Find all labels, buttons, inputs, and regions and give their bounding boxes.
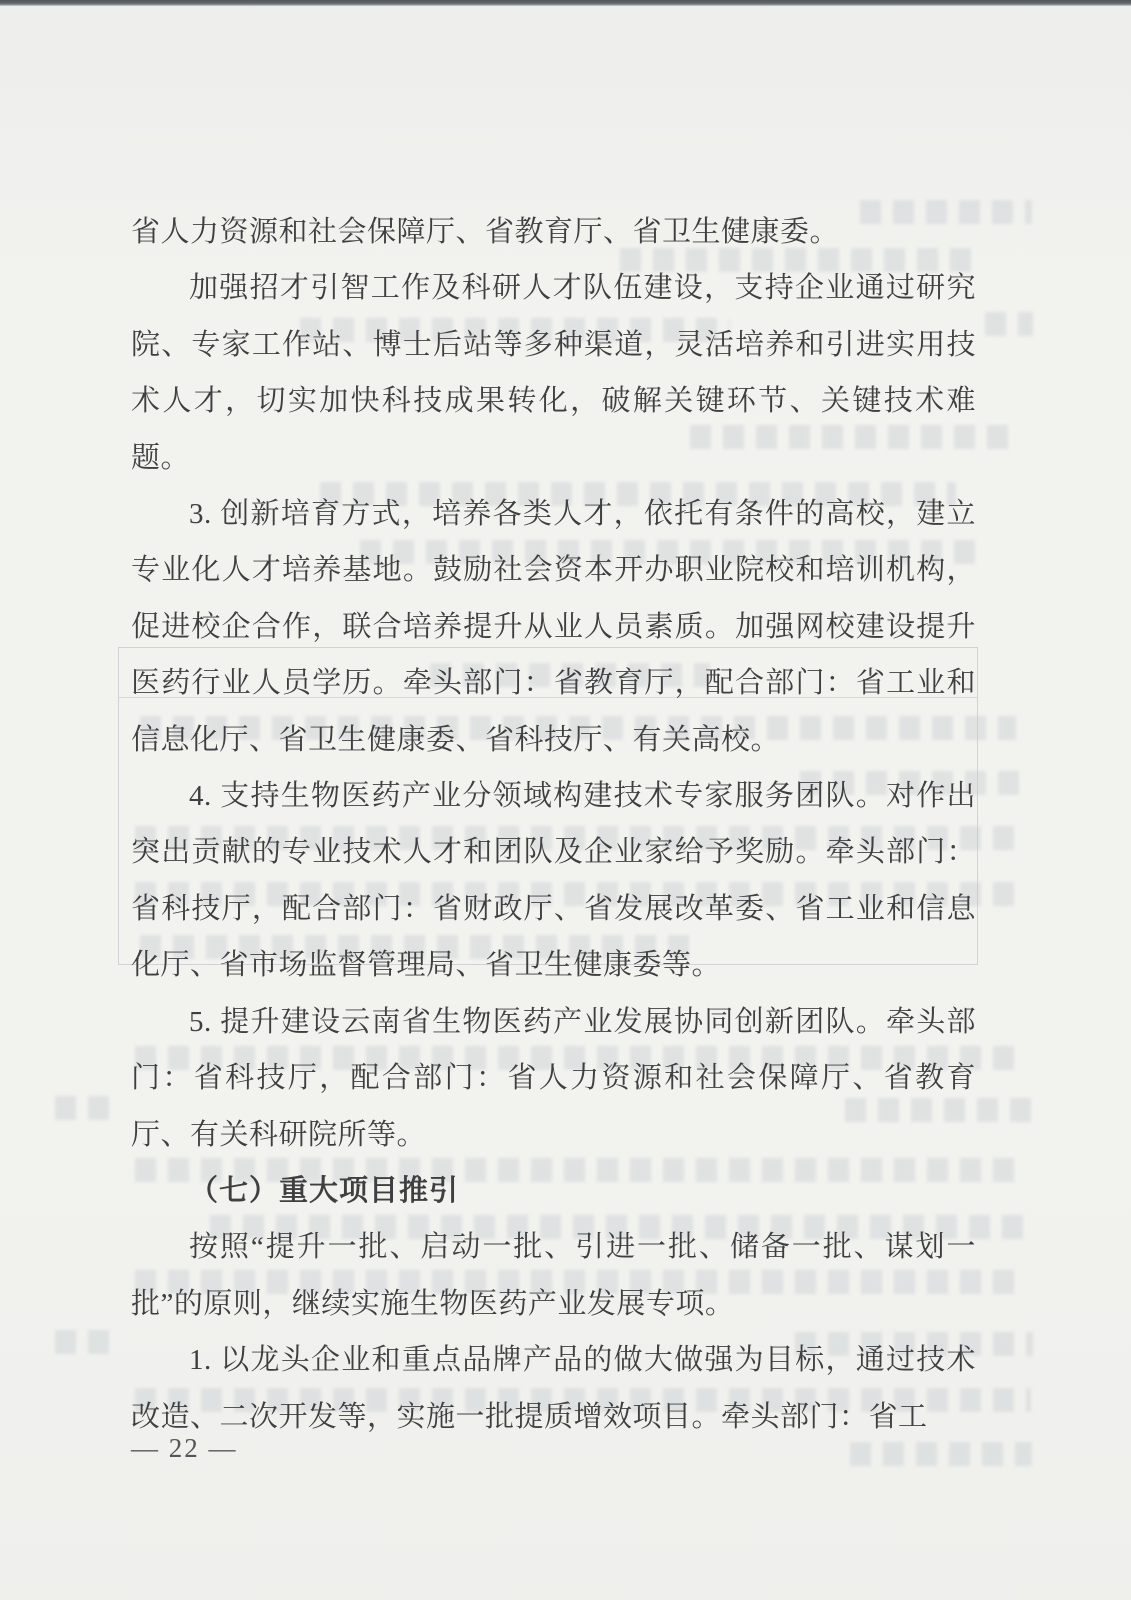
scanned-document-page: 省人力资源和社会保障厅、省教育厅、省卫生健康委。 加强招才引智工作及科研人才队伍… <box>0 0 1131 1600</box>
bleed-through-smudge <box>55 1096 121 1120</box>
paragraph-item-5-innovation-teams: 5. 提升建设云南省生物医药产业发展协同创新团队。牵头部门：省科技厅，配合部门：… <box>131 994 976 1163</box>
document-text: 省人力资源和社会保障厅、省教育厅、省卫生健康委。 加强招才引智工作及科研人才队伍… <box>131 204 976 1445</box>
page-number: — 22 — <box>131 1433 238 1464</box>
bleed-through-smudge <box>985 312 1033 336</box>
paragraph-item-4-expert-teams: 4. 支持生物医药产业分领域构建技术专家服务团队。对作出突出贡献的专业技术人才和… <box>131 768 976 994</box>
scan-edge-artifact <box>0 0 1131 6</box>
paragraph-continuation: 省人力资源和社会保障厅、省教育厅、省卫生健康委。 <box>131 204 976 260</box>
bleed-through-smudge <box>850 1442 1032 1466</box>
paragraph-talent-recruitment: 加强招才引智工作及科研人才队伍建设，支持企业通过研究院、专家工作站、博士后站等多… <box>131 260 976 486</box>
paragraph-item-3-training: 3. 创新培育方式，培养各类人才，依托有条件的高校，建立专业化人才培养基地。鼓励… <box>131 486 976 768</box>
bleed-through-smudge <box>55 1330 121 1354</box>
paragraph-five-batches-principle: 按照“提升一批、启动一批、引进一批、储备一批、谋划一批”的原则，继续实施生物医药… <box>131 1219 976 1332</box>
section-heading-7-major-projects: （七）重大项目推引 <box>131 1163 976 1219</box>
paragraph-item-1-leading-enterprises: 1. 以龙头企业和重点品牌产品的做大做强为目标，通过技术改造、二次开发等，实施一… <box>131 1332 976 1445</box>
